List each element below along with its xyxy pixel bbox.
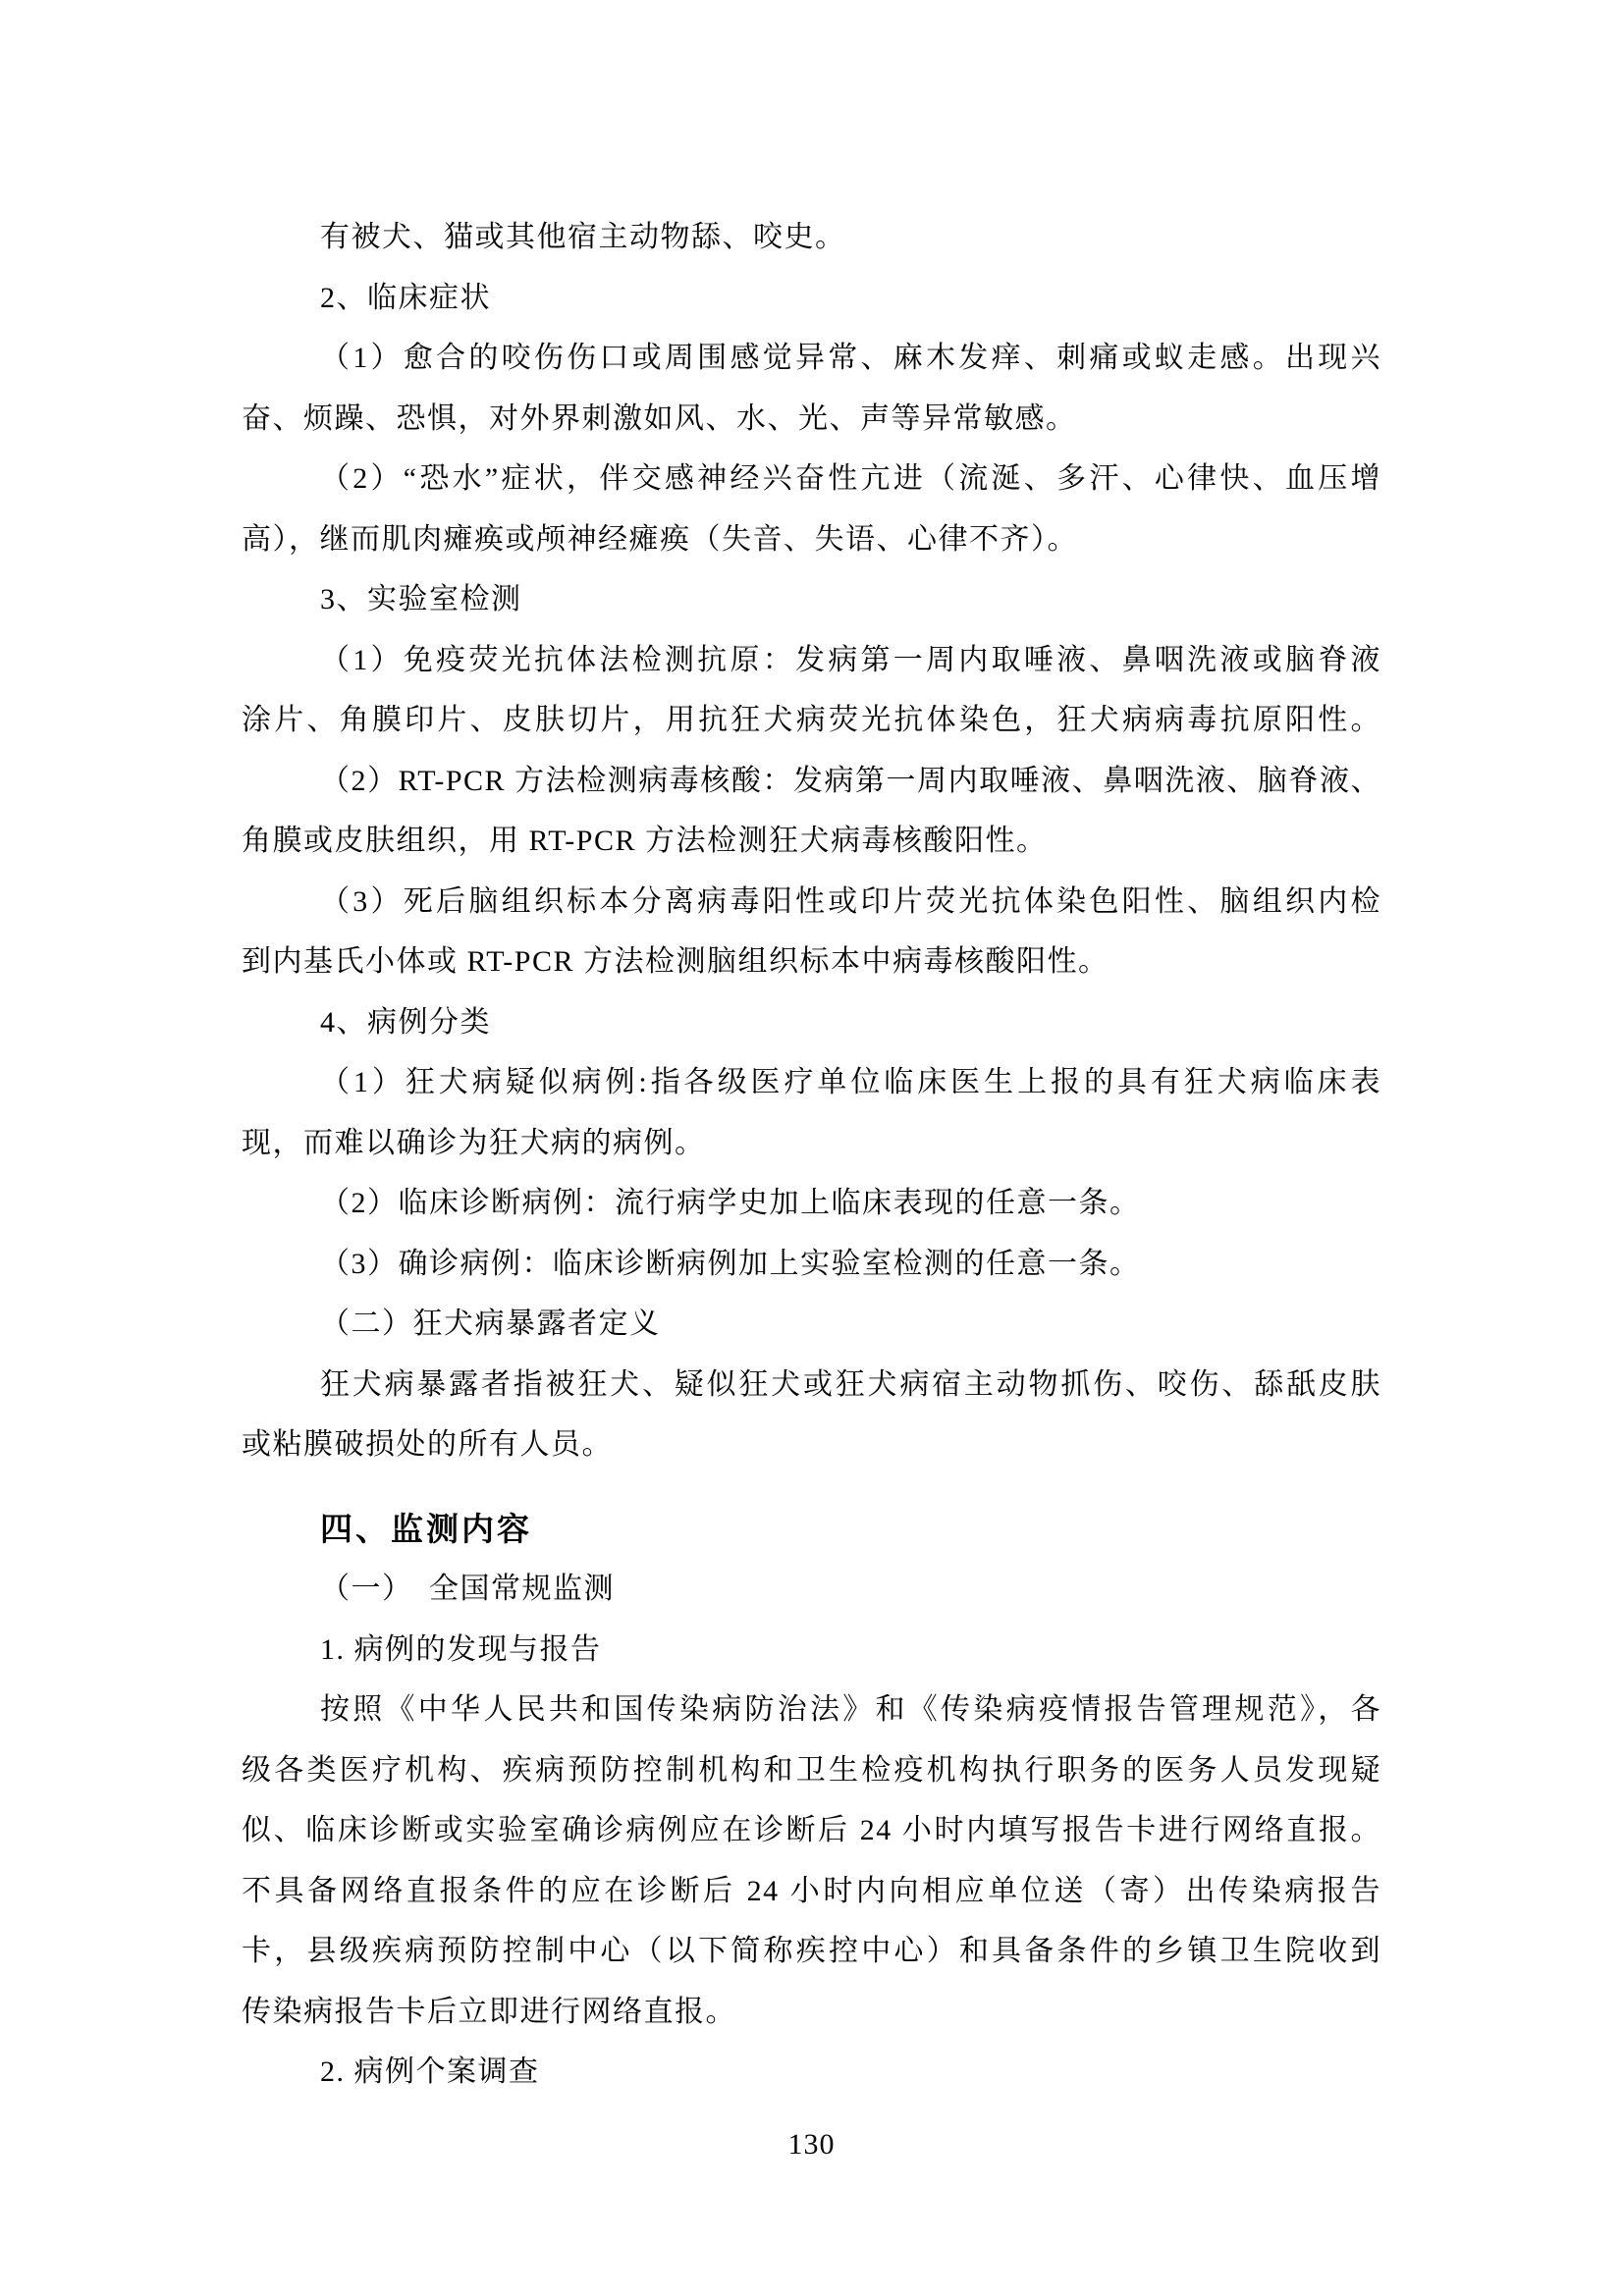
text-line: （2）“恐水”症状，伴交感神经兴奋性亢进（流涎、多汗、心律快、血压增: [242, 449, 1381, 509]
text-line: 3、实验室检测: [242, 569, 1381, 630]
text-line: 4、病例分类: [242, 992, 1381, 1053]
text-line: 传染病报告卡后立即进行网络直报。: [242, 1982, 1381, 2043]
text-line: 或粘膜破损处的所有人员。: [242, 1415, 1381, 1475]
text-line: （二）狂犬病暴露者定义: [242, 1294, 1381, 1355]
text-line: （1）愈合的咬伤伤口或周围感觉异常、麻木发痒、刺痛或蚁走感。出现兴: [242, 328, 1381, 389]
text-line: 现，而难以确诊为狂犬病的病例。: [242, 1113, 1381, 1174]
text-line: 有被犬、猫或其他宿主动物舔、咬史。: [242, 207, 1381, 268]
text-line: 按照《中华人民共和国传染病防治法》和《传染病疫情报告管理规范》，各: [242, 1680, 1381, 1740]
page-number: 130: [0, 2128, 1623, 2162]
text-line: 角膜或皮肤组织，用 RT-PCR 方法检测狂犬病毒核酸阳性。: [242, 811, 1381, 872]
text-line: 2、临床症状: [242, 268, 1381, 329]
text-line: （1）狂犬病疑似病例:指各级医疗单位临床医生上报的具有狂犬病临床表: [242, 1052, 1381, 1113]
text-line: 级各类医疗机构、疾病预防控制机构和卫生检疫机构执行职务的医务人员发现疑: [242, 1740, 1381, 1801]
text-line: 2. 病例个案调查: [242, 2042, 1381, 2103]
text-line: 似、临床诊断或实验室确诊病例应在诊断后 24 小时内填写报告卡进行网络直报。: [242, 1800, 1381, 1861]
document-body: 有被犬、猫或其他宿主动物舔、咬史。2、临床症状（1）愈合的咬伤伤口或周围感觉异常…: [242, 207, 1381, 2103]
text-line: 不具备网络直报条件的应在诊断后 24 小时内向相应单位送（寄）出传染病报告: [242, 1861, 1381, 1922]
text-line: （3）确诊病例：临床诊断病例加上实验室检测的任意一条。: [242, 1234, 1381, 1295]
text-line: （2）RT-PCR 方法检测病毒核酸：发病第一周内取唾液、鼻咽洗液、脑脊液、: [242, 751, 1381, 812]
text-line: 奋、烦躁、恐惧，对外界刺激如风、水、光、声等异常敏感。: [242, 389, 1381, 450]
text-line: （2）临床诊断病例：流行病学史加上临床表现的任意一条。: [242, 1173, 1381, 1234]
text-line: （3）死后脑组织标本分离病毒阳性或印片荧光抗体染色阳性、脑组织内检: [242, 872, 1381, 933]
text-line: 高），继而肌肉瘫痪或颅神经瘫痪（失音、失语、心律不齐）。: [242, 509, 1381, 570]
text-line: （1）免疫荧光抗体法检测抗原：发病第一周内取唾液、鼻咽洗液或脑脊液: [242, 630, 1381, 691]
section-heading: 四、监测内容: [242, 1499, 1381, 1560]
text-line: 涂片、角膜印片、皮肤切片，用抗狂犬病荧光抗体染色，狂犬病病毒抗原阳性。: [242, 690, 1381, 751]
text-line: 卡，县级疾病预防控制中心（以下简称疾控中心）和具备条件的乡镇卫生院收到: [242, 1921, 1381, 1982]
text-line: 1. 病例的发现与报告: [242, 1620, 1381, 1681]
text-line: （一） 全国常规监测: [242, 1559, 1381, 1620]
text-line: 狂犬病暴露者指被狂犬、疑似狂犬或狂犬病宿主动物抓伤、咬伤、舔舐皮肤: [242, 1355, 1381, 1415]
document-page: 有被犬、猫或其他宿主动物舔、咬史。2、临床症状（1）愈合的咬伤伤口或周围感觉异常…: [0, 0, 1623, 2296]
text-line: 到内基氏小体或 RT-PCR 方法检测脑组织标本中病毒核酸阳性。: [242, 932, 1381, 992]
